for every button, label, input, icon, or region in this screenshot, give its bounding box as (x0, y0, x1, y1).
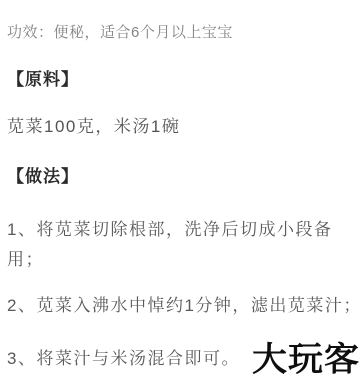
ingredients-text: 苋菜100克，米汤1碗 (7, 115, 180, 139)
method-step-2: 2、苋菜入沸水中悼约1分钟，滤出苋菜汁； (7, 291, 347, 321)
method-heading: 【做法】 (7, 165, 79, 189)
dawanke-logo-watermark: 大玩客 (252, 341, 360, 379)
ingredients-heading: 【原料】 (7, 68, 79, 92)
method-step-1: 1、将苋菜切除根部，洗净后切成小段备用； (7, 215, 347, 275)
recipe-page: 功效：便秘，适合6个月以上宝宝 【原料】 苋菜100克，米汤1碗 【做法】 1、… (0, 0, 364, 387)
recipe-effects-line: 功效：便秘，适合6个月以上宝宝 (7, 21, 233, 45)
